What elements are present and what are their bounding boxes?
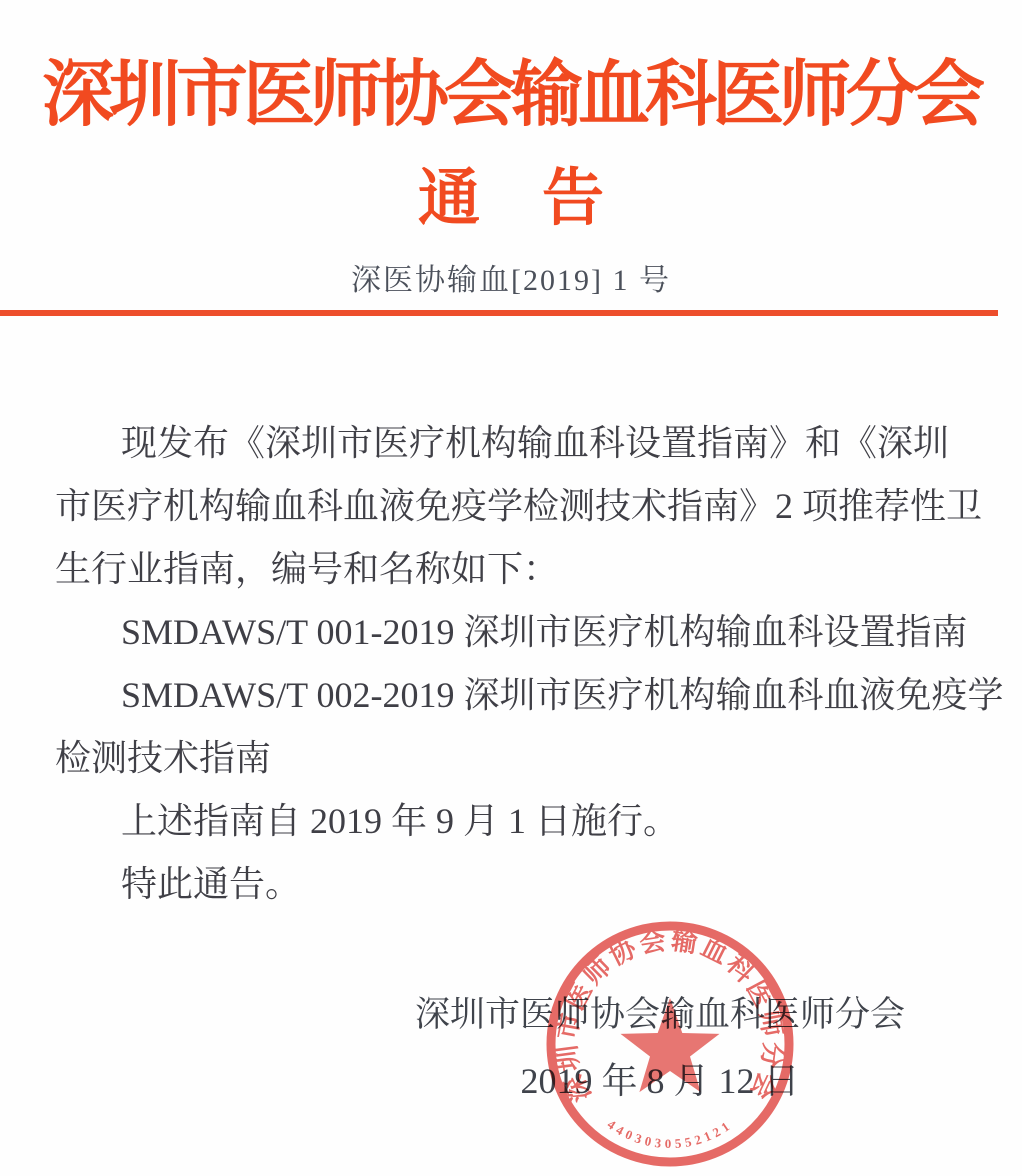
body-line-standard-002: SMDAWS/T 002-2019 深圳市医疗机构输血科血液免疫学 xyxy=(55,664,985,727)
red-divider-line xyxy=(0,310,998,316)
organization-title: 深圳市医师协会输血科医师分会 xyxy=(0,58,1022,134)
body-line-effective-date: 上述指南自 2019 年 9 月 1 日施行。 xyxy=(55,790,985,853)
notice-body: 现发布《深圳市医疗机构输血科设置指南》和《深圳 市医疗机构输血科血液免疫学检测技… xyxy=(55,412,985,916)
body-line: 生行业指南，编号和名称如下： xyxy=(55,538,985,601)
svg-text:4403030552121: 4403030552121 xyxy=(605,1117,736,1151)
notice-document-page: 深圳市医师协会输血科医师分会 通 告 深医协输血[2019] 1 号 现发布《深… xyxy=(0,0,1022,1176)
body-line: 检测技术指南 xyxy=(55,727,985,790)
body-line-standard-001: SMDAWS/T 001-2019 深圳市医疗机构输血科设置指南 xyxy=(55,601,985,664)
signature-date: 2019 年 8 月 12 日 xyxy=(360,1061,960,1101)
body-line: 市医疗机构输血科血液免疫学检测技术指南》2 项推荐性卫 xyxy=(55,475,985,538)
document-number: 深医协输血[2019] 1 号 xyxy=(0,255,1022,299)
body-line-closing: 特此通告。 xyxy=(55,853,985,916)
notice-title: 通 告 xyxy=(0,165,1022,233)
signature-organization: 深圳市医师协会输血科医师分会 xyxy=(360,995,960,1035)
body-line: 现发布《深圳市医疗机构输血科设置指南》和《深圳 xyxy=(55,412,985,475)
signature-block: 深圳市医师协会输血科医师分会 2019 年 8 月 12 日 xyxy=(360,995,960,1101)
seal-serial-number: 4403030552121 xyxy=(605,1117,736,1151)
